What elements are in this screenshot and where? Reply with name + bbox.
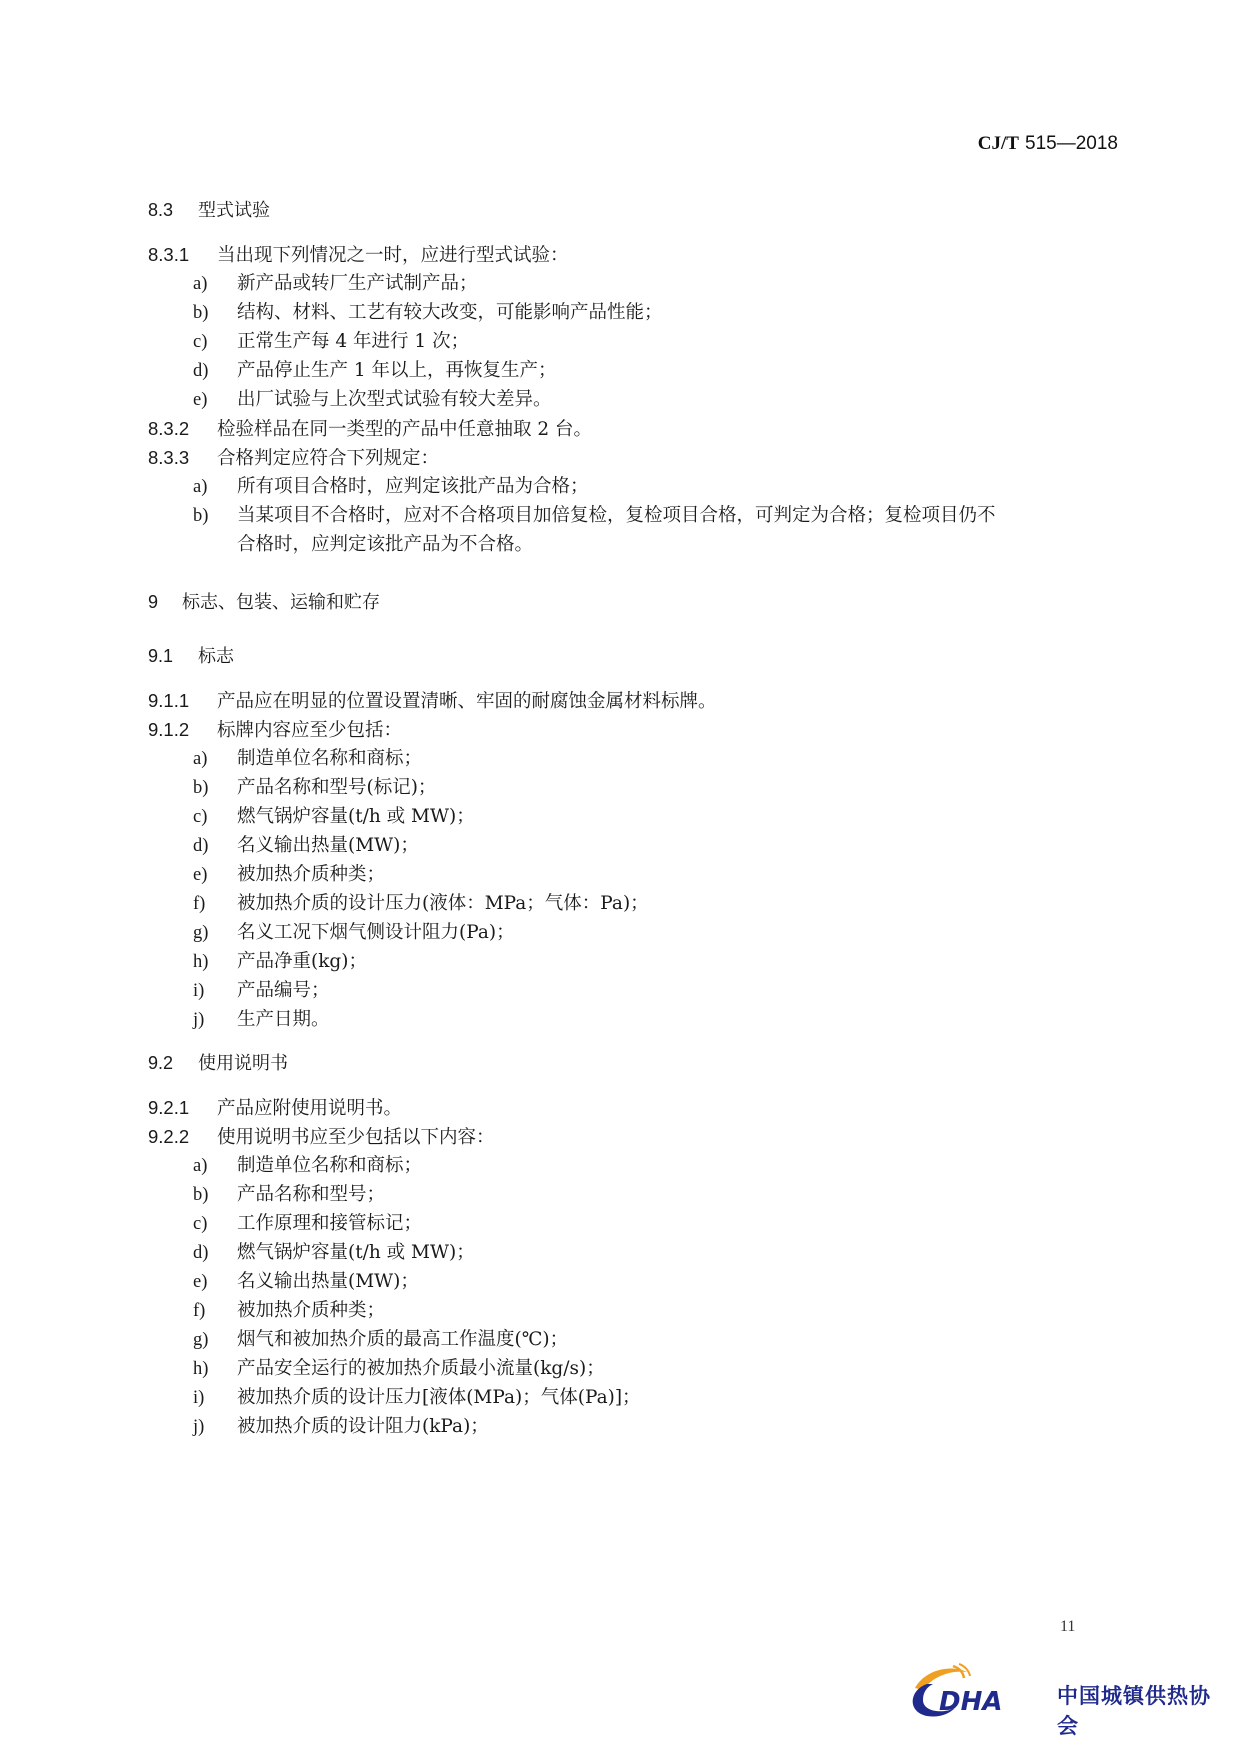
standard-number: 515—2018 [1025,133,1118,154]
list-item: i)被加热介质的设计压力[液体(MPa)；气体(Pa)]； [193,1386,641,1410]
list-item-continuation: 合格时，应判定该批产品为不合格。 [237,533,533,557]
list-item: j)生产日期。 [193,1008,330,1032]
list-item: f)被加热介质种类； [193,1299,385,1323]
list-item: b)当某项目不合格时，应对不合格项目加倍复检，复检项目合格，可判定为合格；复检项… [193,504,996,528]
list-item: a)制造单位名称和商标； [193,747,422,771]
cdha-logo-icon: DHA [905,1662,1055,1722]
page-number: 11 [1060,1618,1075,1636]
list-item: h)产品安全运行的被加热介质最小流量(kg/s)； [193,1357,605,1381]
list-item: b)产品名称和型号(标记)； [193,776,436,800]
clause-9-1-2: 9.1.2标牌内容应至少包括： [148,718,402,743]
svg-text:DHA: DHA [939,1687,1002,1717]
list-item: d)燃气锅炉容量(t/h 或 MW)； [193,1241,475,1265]
association-name: 中国城镇供热协会 [1057,1680,1225,1740]
list-item: d)名义输出热量(MW)； [193,834,419,858]
list-item: f)被加热介质的设计压力(液体：MPa；气体：Pa)； [193,892,649,916]
list-item: b)产品名称和型号； [193,1183,385,1207]
list-item: b)结构、材料、工艺有较大改变，可能影响产品性能； [193,301,663,325]
section-heading-9-1: 9.1标志 [148,644,234,669]
clause-9-1-1: 9.1.1产品应在明显的位置设置清晰、牢固的耐腐蚀金属材料标牌。 [148,689,717,714]
list-item: a)所有项目合格时，应判定该批产品为合格； [193,475,589,499]
list-item: e)出厂试验与上次型式试验有较大差异。 [193,388,552,412]
list-item: d)产品停止生产 1 年以上，再恢复生产； [193,359,557,383]
association-logo: DHA 中国城镇供热协会 [905,1662,1225,1722]
list-item: c)工作原理和接管标记； [193,1212,422,1236]
list-item: g)名义工况下烟气侧设计阻力(Pa)； [193,921,515,945]
list-item: e)被加热介质种类； [193,863,385,887]
list-item: a)新产品或转厂生产试制产品； [193,272,478,296]
list-item: h)产品净重(kg)； [193,950,367,974]
list-item: i)产品编号； [193,979,330,1003]
list-item: c)正常生产每 4 年进行 1 次； [193,330,469,354]
section-heading-8-3: 8.3型式试验 [148,198,270,223]
list-item: c)燃气锅炉容量(t/h 或 MW)； [193,805,475,829]
list-item: j)被加热介质的设计阻力(kPa)； [193,1415,489,1439]
section-heading-9: 9标志、包装、运输和贮存 [148,590,380,615]
clause-8-3-3: 8.3.3合格判定应符合下列规定： [148,446,439,471]
list-item: g)烟气和被加热介质的最高工作温度(℃)； [193,1328,568,1352]
standard-code: CJ/T 515—2018 [800,132,1118,155]
clause-8-3-1: 8.3.1当出现下列情况之一时，应进行型式试验： [148,243,569,268]
clause-9-2-2: 9.2.2使用说明书应至少包括以下内容： [148,1125,495,1150]
clause-8-3-2: 8.3.2检验样品在同一类型的产品中任意抽取 2 台。 [148,417,592,442]
list-item: e)名义输出热量(MW)； [193,1270,419,1294]
section-heading-9-2: 9.2使用说明书 [148,1051,288,1076]
list-item: a)制造单位名称和商标； [193,1154,422,1178]
standard-prefix: CJ/T [978,133,1019,154]
clause-9-2-1: 9.2.1产品应附使用说明书。 [148,1096,402,1121]
